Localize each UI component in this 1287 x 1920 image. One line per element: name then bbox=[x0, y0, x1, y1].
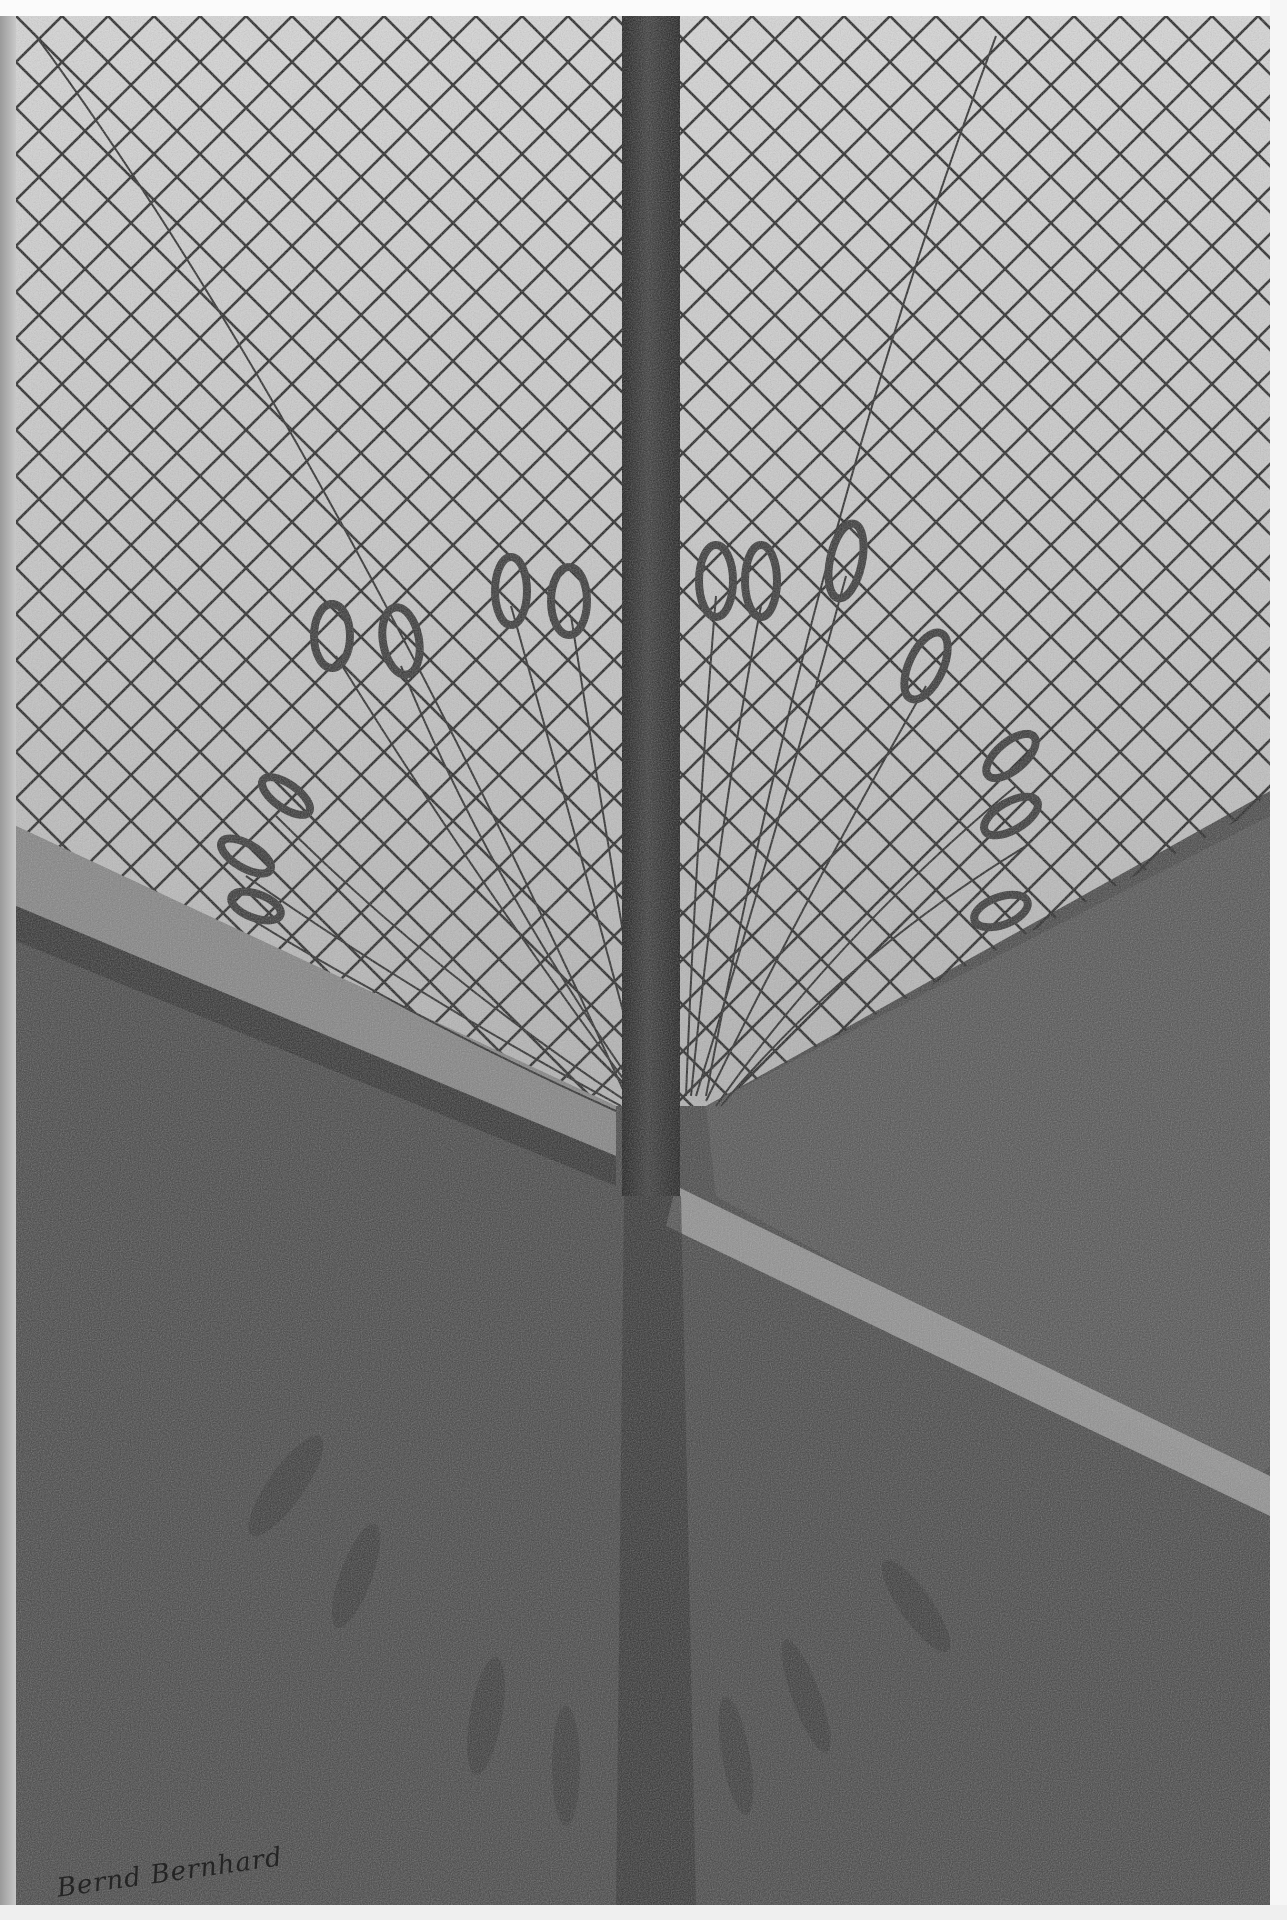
frame-bevel-right bbox=[1270, 0, 1287, 1920]
picture-frame: Bernd Bernhard bbox=[0, 0, 1287, 1920]
frame-bevel-left bbox=[0, 0, 16, 1920]
film-grain bbox=[16, 16, 1270, 1905]
photo-canvas bbox=[16, 16, 1270, 1905]
frame-bevel-top bbox=[0, 0, 1287, 16]
photograph bbox=[16, 16, 1270, 1905]
frame-bevel-bottom bbox=[0, 1905, 1287, 1920]
